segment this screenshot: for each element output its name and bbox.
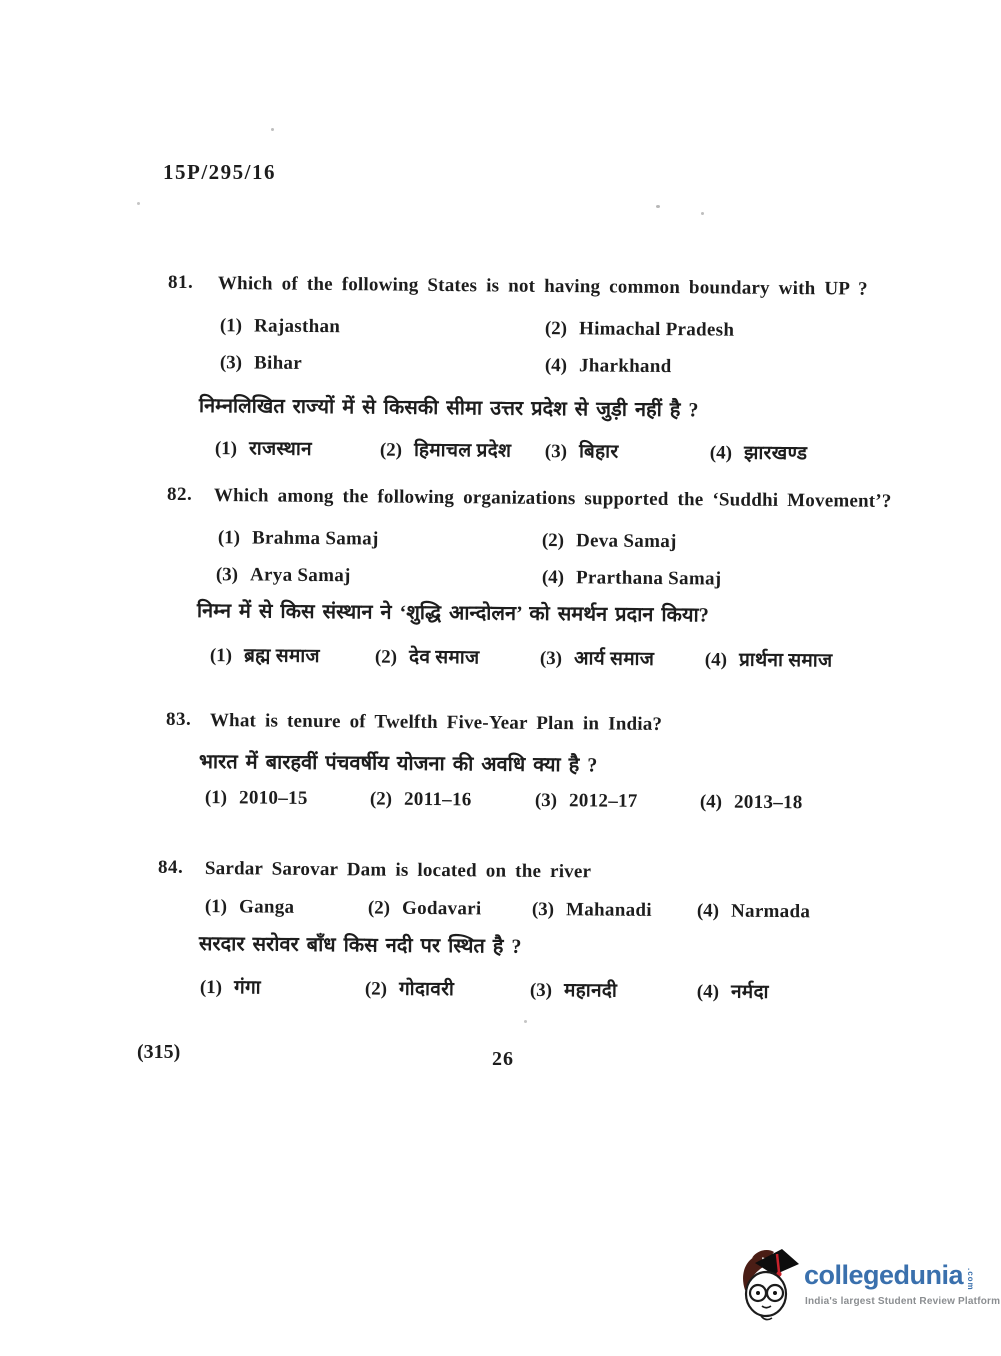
question-81-option-en-2: (2)Himachal Pradesh — [545, 318, 735, 342]
question-81-options-en-row-2: (3)Bihar (4)Jharkhand — [200, 352, 960, 389]
question-81-option-en-3: (3)Bihar — [220, 352, 302, 375]
option-text: Brahma Samaj — [252, 527, 379, 549]
question-82-option-hi-2: (2)देव समाज — [375, 643, 480, 670]
question-81-option-hi-1: (1)राजस्थान — [215, 434, 312, 461]
question-83-option-2: (2)2011–16 — [370, 788, 472, 811]
booklet-code: (315) — [137, 1041, 180, 1064]
question-81-options-hi-row: (1)राजस्थान (2)हिमाचल प्रदेश (3)बिहार (4… — [200, 434, 960, 471]
question-82-option-en-1: (1)Brahma Samaj — [218, 527, 379, 550]
option-label: (4) — [700, 791, 722, 812]
option-label: (4) — [710, 442, 732, 463]
option-text: नर्मदा — [731, 982, 769, 1003]
option-label: (2) — [365, 978, 387, 999]
question-84-text-en: Sardar Sarovar Dam is located on the riv… — [205, 858, 591, 883]
option-label: (4) — [697, 981, 719, 1002]
option-label: (3) — [540, 648, 562, 669]
option-text: 2012–17 — [569, 790, 638, 812]
question-81-option-hi-2: (2)हिमाचल प्रदेश — [380, 436, 512, 463]
question-82-option-en-4: (4)Prarthana Samaj — [542, 567, 722, 591]
question-82-option-hi-3: (3)आर्य समाज — [540, 644, 655, 671]
option-text: Jharkhand — [579, 355, 672, 377]
paper-code: 15P/295/16 — [163, 160, 276, 185]
option-text: Deva Samaj — [576, 530, 677, 552]
brand-tagline: India's largest Student Review Platform — [805, 1296, 1000, 1307]
option-text: हिमाचल प्रदेश — [414, 440, 511, 462]
option-text: Himachal Pradesh — [579, 318, 734, 340]
question-84-option-en-3: (3)Mahanadi — [532, 899, 652, 922]
brand-name: collegedunia — [804, 1260, 963, 1291]
option-label: (1) — [205, 787, 227, 808]
option-text: आर्य समाज — [574, 648, 654, 670]
question-81-options-en-row-1: (1)Rajasthan (2)Himachal Pradesh — [200, 315, 960, 352]
question-83-option-4: (4)2013–18 — [700, 791, 803, 814]
option-text: राजस्थान — [249, 438, 312, 460]
graduate-mascot-icon — [738, 1246, 800, 1324]
question-84-option-en-1: (1)Ganga — [205, 896, 295, 919]
option-text: Ganga — [239, 896, 295, 917]
question-84-option-hi-4: (4)नर्मदा — [697, 977, 769, 1004]
option-label: (1) — [210, 645, 232, 666]
option-label: (4) — [542, 567, 564, 588]
option-text: Rajasthan — [254, 315, 340, 337]
option-label: (4) — [545, 355, 567, 376]
question-82-option-en-3: (3)Arya Samaj — [216, 564, 351, 587]
option-text: गोदावरी — [399, 979, 454, 1000]
option-label: (4) — [697, 900, 719, 921]
question-81-number: 81. — [168, 272, 193, 294]
question-82-option-hi-4: (4)प्रार्थना समाज — [705, 645, 833, 672]
option-label: (1) — [220, 315, 242, 336]
question-84-option-en-2: (2)Godavari — [368, 897, 482, 920]
question-82-text-hi: निम्न में से किस संस्थान ने ‘शुद्धि आन्द… — [197, 596, 709, 627]
option-label: (3) — [532, 899, 554, 920]
option-label: (3) — [535, 790, 557, 811]
scanned-exam-page: 15P/295/16 81. Which of the following St… — [0, 0, 1001, 1356]
collegedunia-logo: collegedunia .com India's largest Studen… — [738, 1244, 996, 1336]
question-84-text-hi: सरदार सरोवर बाँध किस नदी पर स्थित है ? — [199, 929, 522, 959]
option-text: Godavari — [402, 898, 482, 920]
question-82-options-en-row-2: (3)Arya Samaj (4)Prarthana Samaj — [200, 564, 960, 601]
question-82-number: 82. — [167, 484, 192, 506]
option-text: Narmada — [731, 901, 810, 923]
option-label: (1) — [200, 977, 222, 998]
question-82-option-en-2: (2)Deva Samaj — [542, 530, 677, 553]
option-label: (1) — [205, 896, 227, 917]
question-81-option-hi-4: (4)झारखण्ड — [710, 438, 808, 465]
question-83-option-1: (1)2010–15 — [205, 787, 308, 810]
question-81-option-en-1: (1)Rajasthan — [220, 315, 340, 338]
option-text: Prarthana Samaj — [576, 567, 722, 589]
scan-speck — [701, 212, 704, 215]
page-number: 26 — [492, 1048, 514, 1071]
question-83-options-row: (1)2010–15 (2)2011–16 (3)2012–17 (4)2013… — [200, 787, 960, 824]
option-text: 2013–18 — [734, 792, 803, 814]
question-82-text-en: Which among the following organizations … — [214, 485, 892, 513]
option-label: (1) — [218, 527, 240, 548]
scan-speck — [524, 1020, 527, 1023]
option-text: देव समाज — [409, 647, 480, 669]
option-label: (3) — [530, 980, 552, 1001]
option-text: ब्रह्म समाज — [244, 645, 320, 667]
question-84-option-en-4: (4)Narmada — [697, 900, 811, 923]
option-text: 2010–15 — [239, 787, 308, 809]
option-label: (3) — [545, 441, 567, 462]
scan-speck — [137, 202, 140, 205]
question-84-number: 84. — [158, 857, 183, 879]
option-text: गंगा — [234, 977, 261, 998]
question-83-text-en: What is tenure of Twelfth Five-Year Plan… — [210, 710, 662, 736]
option-text: प्रार्थना समाज — [739, 650, 833, 672]
option-text: 2011–16 — [404, 789, 472, 811]
option-label: (3) — [220, 352, 242, 373]
question-84-option-hi-3: (3)महानदी — [530, 976, 618, 1003]
question-84-options-en-row: (1)Ganga (2)Godavari (3)Mahanadi (4)Narm… — [200, 896, 960, 933]
question-81-text-hi: निम्नलिखित राज्यों में से किसकी सीमा उत्… — [199, 391, 699, 422]
option-text: Mahanadi — [566, 899, 652, 921]
option-text: महानदी — [564, 980, 617, 1001]
option-label: (2) — [542, 530, 564, 551]
option-text: बिहार — [579, 441, 619, 462]
question-82-options-en-row-1: (1)Brahma Samaj (2)Deva Samaj — [200, 527, 960, 564]
question-82-options-hi-row: (1)ब्रह्म समाज (2)देव समाज (3)आर्य समाज … — [200, 641, 960, 678]
question-83-text-hi: भारत में बारहवीं पंचवर्षीय योजना की अवधि… — [199, 747, 598, 777]
question-84-option-hi-1: (1)गंगा — [200, 973, 261, 1000]
brand-domain-suffix: .com — [966, 1268, 975, 1291]
option-text: Bihar — [254, 352, 302, 373]
option-label: (2) — [368, 897, 390, 918]
option-label: (1) — [215, 438, 237, 459]
question-81-option-hi-3: (3)बिहार — [545, 437, 619, 464]
scan-speck — [656, 205, 660, 208]
option-text: Arya Samaj — [250, 564, 351, 586]
option-label: (2) — [380, 440, 402, 461]
question-83-number: 83. — [166, 709, 191, 731]
question-81-option-en-4: (4)Jharkhand — [545, 355, 672, 378]
scan-speck — [271, 128, 274, 131]
option-label: (2) — [545, 318, 567, 339]
option-text: झारखण्ड — [744, 443, 807, 465]
question-83-option-3: (3)2012–17 — [535, 790, 638, 813]
question-84-option-hi-2: (2)गोदावरी — [365, 974, 454, 1001]
option-label: (2) — [370, 788, 392, 809]
option-label: (4) — [705, 649, 727, 670]
question-84-options-hi-row: (1)गंगा (2)गोदावरी (3)महानदी (4)नर्मदा — [200, 973, 960, 1010]
question-81-text-en: Which of the following States is not hav… — [218, 273, 868, 301]
option-label: (2) — [375, 647, 397, 668]
option-label: (3) — [216, 564, 238, 585]
question-82-option-hi-1: (1)ब्रह्म समाज — [210, 641, 320, 668]
